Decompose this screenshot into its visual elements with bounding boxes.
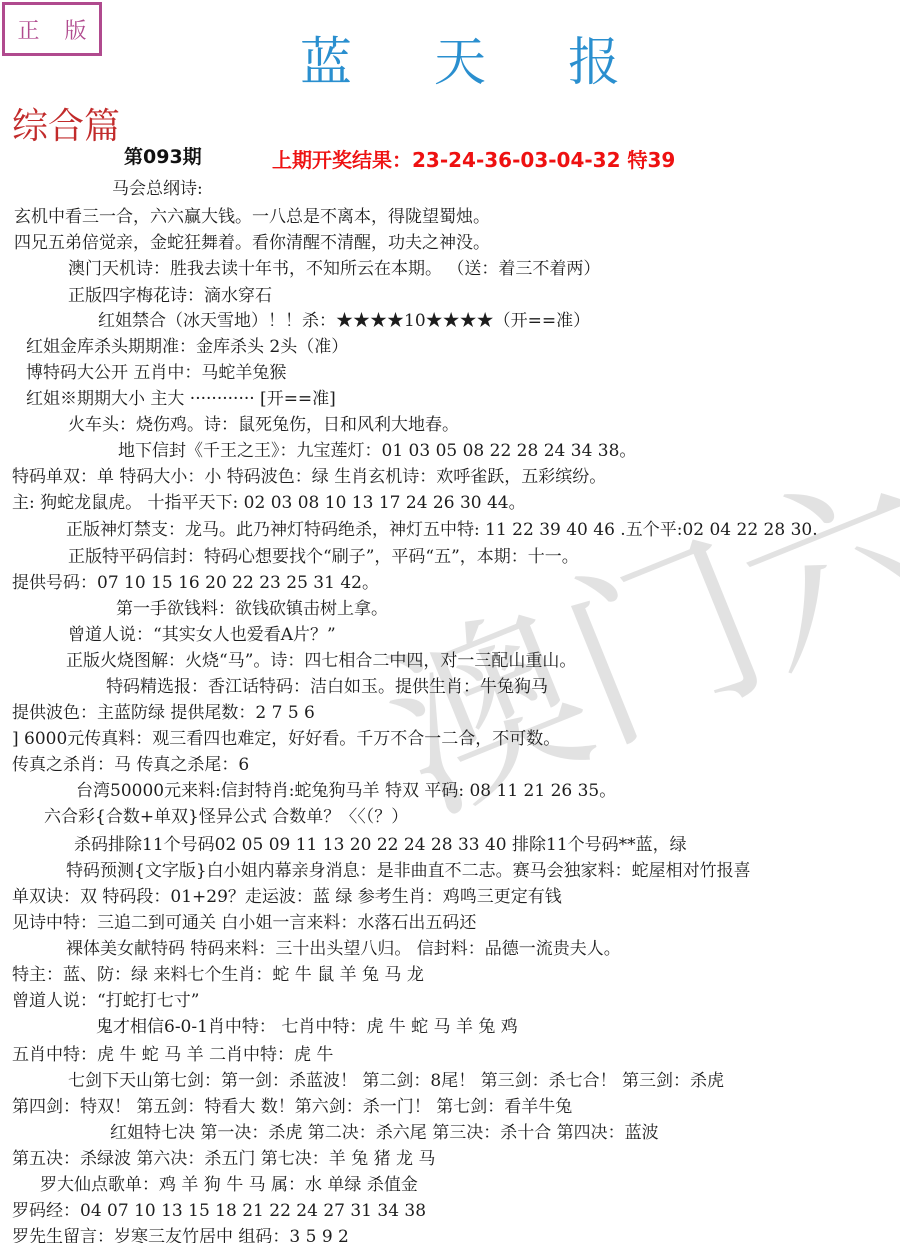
text-line: 正版四字梅花诗：滴水穿石 (68, 281, 272, 306)
text-line: 红姐※期期大小 主大 ············ [开==准] (26, 384, 336, 409)
text-line: ] 6000元传真料：观三看四也难定，好好看。千万不合一二合，不可数。 (12, 724, 560, 749)
masthead-char-2: 天 (434, 20, 486, 95)
badge-char-1: 正 (17, 14, 39, 45)
text-line: 传真之杀肖：马 传真之杀尾：6 (12, 750, 249, 775)
text-line: 特码单双：单 特码大小：小 特码波色：绿 生肖玄机诗：欢呼雀跃，五彩缤纷。 (12, 462, 606, 487)
masthead-char-1: 蓝 (300, 20, 352, 95)
last-draw-result: 上期开奖结果：23-24-36-03-04-32 特39 (272, 144, 675, 173)
text-line: 见诗中特：三追二到可通关 白小姐一言来料：水落石出五码还 (12, 908, 476, 933)
masthead-title: 蓝 天 报 (300, 22, 620, 92)
masthead-char-3: 报 (568, 20, 620, 95)
text-line: 单双诀：双 特码段：01+29？走运波：蓝 绿 参考生肖：鸡鸣三更定有钱 (12, 882, 562, 907)
text-line: 地下信封《千王之王》：九宝莲灯：01 03 05 08 22 28 24 34 … (118, 436, 636, 461)
text-line: 澳门天机诗：胜我去读十年书，不知所云在本期。 （送：着三不着两） (68, 254, 600, 279)
text-line: 特码精选报：香江话特码：洁白如玉。提供生肖：牛兔狗马 (106, 672, 548, 697)
text-line: 五肖中特：虎 牛 蛇 马 羊 二肖中特：虎 牛 (12, 1040, 333, 1065)
text-line: 正版特平码信封：特码心想要找个“刷子”，平码“五”，本期：十一。 (68, 542, 579, 567)
text-line: 罗先生留言：岁寒三友竹居中 组码：3 5 9 2 (12, 1222, 349, 1243)
text-line: 正版神灯禁支：龙马。此乃神灯特码绝杀，神灯五中特: 11 22 39 40 46… (66, 515, 818, 540)
text-line: 罗码经：04 07 10 13 15 18 21 22 24 27 31 34 … (12, 1196, 426, 1221)
text-line: 第五决：杀绿波 第六决：杀五门 第七决：羊 兔 猪 龙 马 (12, 1144, 435, 1169)
text-line: 裸体美女献特码 特码来料：三十出头望八归。 信封料：品德一流贵夫人。 (66, 934, 621, 959)
text-line: 正版火烧图解：火烧“马”。诗：四七相合二中四，对一三配山重山。 (66, 646, 576, 671)
text-line: 红姐特七决 第一决：杀虎 第二决：杀六尾 第三决：杀十合 第四决：蓝波 (110, 1118, 659, 1143)
text-line: 红姐禁合（冰天雪地）！！杀：★★★★10★★★★（开==准） (98, 306, 590, 331)
text-line: 提供号码：07 10 15 16 20 22 23 25 31 42。 (12, 568, 379, 593)
section-title: 综合篇 (12, 98, 120, 149)
text-line: 火车头：烧伤鸡。诗：鼠死兔伤，日和风利大地春。 (68, 410, 459, 435)
badge-char-2: 版 (64, 14, 86, 45)
text-line: 鬼才相信6-0-1肖中特： 七肖中特：虎 牛 蛇 马 羊 兔 鸡 (96, 1012, 518, 1037)
text-line: 提供波色：主蓝防绿 提供尾数：2 7 5 6 (12, 698, 315, 723)
text-line: 曾道人说：“其实女人也爱看A片？” (68, 620, 336, 645)
text-line: 马会总纲诗: (112, 174, 203, 199)
text-line: 曾道人说：“打蛇打七寸” (12, 986, 199, 1011)
text-line: 罗大仙点歌单：鸡 羊 狗 牛 马 属：水 单绿 杀值金 (40, 1170, 418, 1195)
genuine-edition-badge: 正 版 (2, 2, 102, 56)
text-line: 杀码排除11个号码02 05 09 11 13 20 22 24 28 33 4… (74, 830, 687, 855)
text-line: 六合彩{合数+单双}怪异公式 合数单？〈〈（？） (44, 802, 408, 827)
issue-number: 第093期 (124, 142, 202, 169)
text-line: 玄机中看三一合，六六赢大钱。一八总是不离本，得陇望蜀烛。 (14, 202, 490, 227)
text-line: 第一手欲钱料：欲钱砍镇击树上拿。 (116, 594, 388, 619)
text-line: 四兄五弟倍觉亲，金蛇狂舞着。看你清醒不清醒，功夫之神没。 (14, 228, 490, 253)
text-line: 主: 狗蛇龙鼠虎。 十指平天下: 02 03 08 10 13 17 24 26… (12, 488, 526, 513)
text-line: 台湾50000元来料:信封特肖:蛇兔狗马羊 特双 平码: 08 11 21 26… (76, 776, 616, 801)
text-line: 红姐金库杀头期期准：金库杀头 2头（准） (26, 332, 348, 357)
text-line: 第四剑：特双！ 第五剑：特看大 数！第六剑：杀一门！ 第七剑：看羊牛兔 (12, 1092, 572, 1117)
text-line: 特码预测{文字版}白小姐内幕亲身消息：是非曲直不二志。赛马会独家料：蛇屋相对竹报… (66, 856, 751, 881)
text-line: 特主：蓝、防：绿 来料七个生肖：蛇 牛 鼠 羊 兔 马 龙 (12, 960, 424, 985)
text-line: 七剑下天山第七剑：第一剑：杀蓝波！ 第二剑：8尾！ 第三剑：杀七合！ 第三剑：杀… (68, 1066, 724, 1091)
text-line: 博特码大公开 五肖中：马蛇羊兔猴 (26, 358, 286, 383)
